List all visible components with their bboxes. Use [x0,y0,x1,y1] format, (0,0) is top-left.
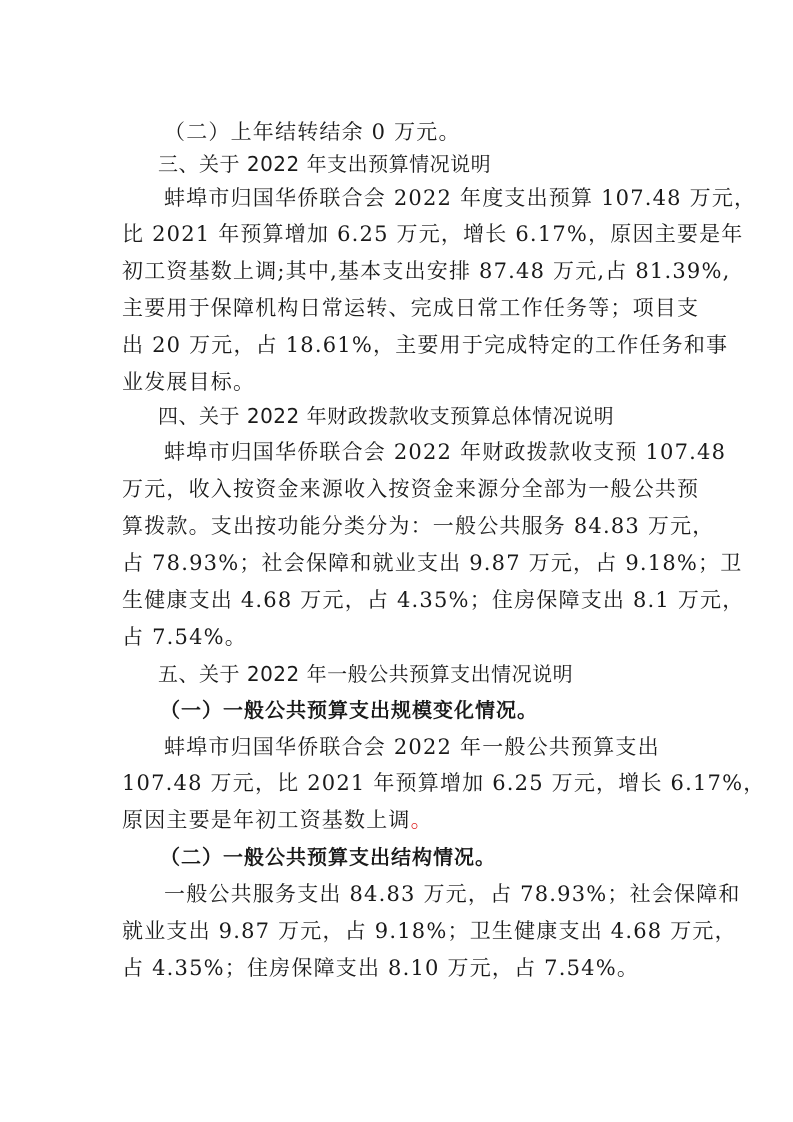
subsection-2-heading: （二）一般公共预算支出结构情况。 [160,845,496,869]
paragraph-line: 出 20 万元，占 18.61%，主要用于完成特定的工作任务和事 [122,333,728,357]
carryover-balance-line: （二）上年结转结余 0 万元。 [164,120,461,144]
paragraph-line: 算拨款。支出按功能分类分为：一般公共服务 84.83 万元， [122,514,714,538]
paragraph-line: 就业支出 9.87 万元，占 9.18%；卫生健康支出 4.68 万元， [122,919,737,943]
paragraph-line: 蚌埠市归国华侨联合会 2022 年财政拨款收支预 107.48 [164,440,726,464]
subsection-1-heading: （一）一般公共预算支出规模变化情况。 [160,698,538,722]
paragraph-line: 比 2021 年预算增加 6.25 万元，增长 6.17%，原因主要是年 [122,222,744,246]
paragraph-line: 蚌埠市归国华侨联合会 2022 年一般公共预算支出 [164,735,660,759]
paragraph-line: 占 7.54%。 [122,625,247,649]
paragraph-line: 万元，收入按资金来源收入按资金来源分全部为一般公共预 [122,477,699,501]
section-5-heading: 五、关于 2022 年一般公共预算支出情况说明 [158,662,573,686]
paragraph-line: 原因主要是年初工资基数上调。 [122,808,433,832]
paragraph-line: 生健康支出 4.68 万元，占 4.35%；住房保障支出 8.1 万元， [122,588,744,612]
paragraph-line: 占 78.93%；社会保障和就业支出 9.87 万元，占 9.18%；卫 [122,551,742,575]
paragraph-line: 107.48 万元，比 2021 年预算增加 6.25 万元，增长 6.17%， [122,771,765,795]
red-period-mark: 。 [411,808,433,832]
paragraph-line: 占 4.35%；住房保障支出 8.10 万元，占 7.54%。 [122,956,639,980]
section-4-heading: 四、关于 2022 年财政拨款收支预算总体情况说明 [158,404,614,428]
document-page: （二）上年结转结余 0 万元。 三、关于 2022 年支出预算情况说明 蚌埠市归… [0,0,793,1122]
section-3-heading: 三、关于 2022 年支出预算情况说明 [158,152,491,176]
paragraph-line: 一般公共服务支出 84.83 万元，占 78.93%；社会保障和 [164,882,741,906]
paragraph-text: 原因主要是年初工资基数上调 [122,808,411,832]
paragraph-line: 蚌埠市归国华侨联合会 2022 年度支出预算 107.48 万元， [164,186,756,210]
paragraph-line: 主要用于保障机构日常运转、完成日常工作任务等；项目支 [122,296,699,320]
paragraph-line: 初工资基数上调;其中,基本支出安排 87.48 万元,占 81.39%, [122,259,731,283]
paragraph-line: 业发展目标。 [122,370,255,394]
